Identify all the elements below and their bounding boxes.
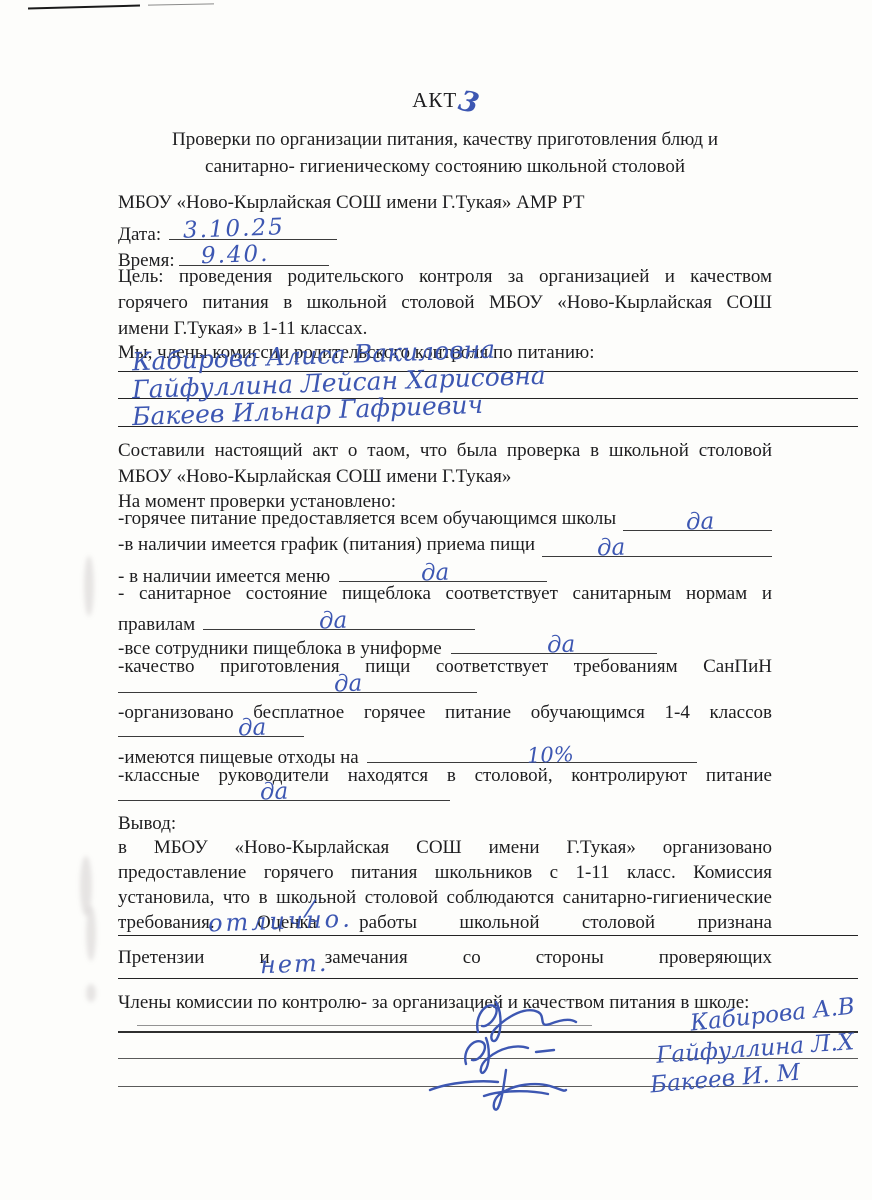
act-statement-2: МБОУ «Ново-Кырлайская СОШ имени Г.Тукая» [118,464,772,489]
answer-handwritten: да [238,717,267,741]
goal-line-2: горячего питания в школьной столовой МБО… [118,290,772,315]
date-value-handwritten: 3.10.25 [183,216,286,243]
conclusion-line-1: в МБОУ «Ново-Кырлайская СОШ имени Г.Тука… [118,835,772,860]
subtitle-line-1: Проверки по организации питания, качеств… [118,127,772,152]
check-row-teachers-answer: да [118,777,772,808]
conclusion-line-3: установила, что в школьной столовой собл… [118,885,772,910]
scan-smudge [86,984,96,1002]
claims-line: Претензии и замечания со стороны проверя… [118,945,772,970]
answer-field: да [451,630,657,654]
conclusion-label: Вывод: [118,811,772,836]
answer-field: да [339,558,547,582]
answer-field: 10% [367,739,697,763]
grade-line: отлично. [118,935,858,936]
grade-handwritten: отлично. [208,906,354,935]
check-row-hot-meals: -горячее питание предоставляется всем об… [118,506,772,531]
answer-field: да [203,606,475,630]
goal-line-1: Цель: проведения родительского контроля … [118,264,772,289]
scan-artifact-top-line-2 [148,3,214,5]
conclusion-line-2: предоставление горячего питания школьник… [118,860,772,885]
act-title: АКТ [412,88,457,112]
subtitle-line-2: санитарно- гигиеническому состоянию школ… [118,154,772,179]
scanned-act-document: АКТ3 Проверки по организации питания, ка… [0,0,872,1200]
scan-smudge [86,906,96,961]
answer-field: да [623,507,772,531]
scan-smudge [84,556,94,616]
answer-field: да [118,777,450,801]
school-header: МБОУ «Ново-Кырлайская СОШ имени Г.Тукая»… [118,190,772,215]
check-text: -в наличии имеется график (питания) прие… [118,532,535,557]
signature-scribble-3 [420,1066,570,1110]
check-text: -горячее питание предоставляется всем об… [118,506,616,531]
member-line-3: Бакеев Ильнар Гафриевич [118,426,858,427]
act-number-handwritten: 3 [456,87,483,119]
answer-field: да [118,669,477,693]
answer-field: да [118,713,304,737]
answer-handwritten: да [685,511,714,535]
act-title-row: АКТ3 [118,84,772,113]
scan-artifact-top-line [28,5,140,10]
claims-answer-line: нет. [118,978,858,979]
answer-handwritten: да [597,537,626,561]
answer-field: да [542,533,772,557]
act-statement-1: Составили настоящий акт о таом, что была… [118,438,772,463]
answer-handwritten: да [334,673,363,697]
check-row-schedule: -в наличии имеется график (питания) прие… [118,532,772,557]
check-row-quality-answer: да [118,669,772,700]
claims-answer-handwritten: нет. [260,951,329,977]
date-field: 3.10.25 [169,216,337,240]
answer-handwritten: да [260,781,289,805]
check-row-sanitary-a: - санитарное состояние пищеблока соответ… [118,581,772,606]
time-field: 9.40. [179,242,329,266]
